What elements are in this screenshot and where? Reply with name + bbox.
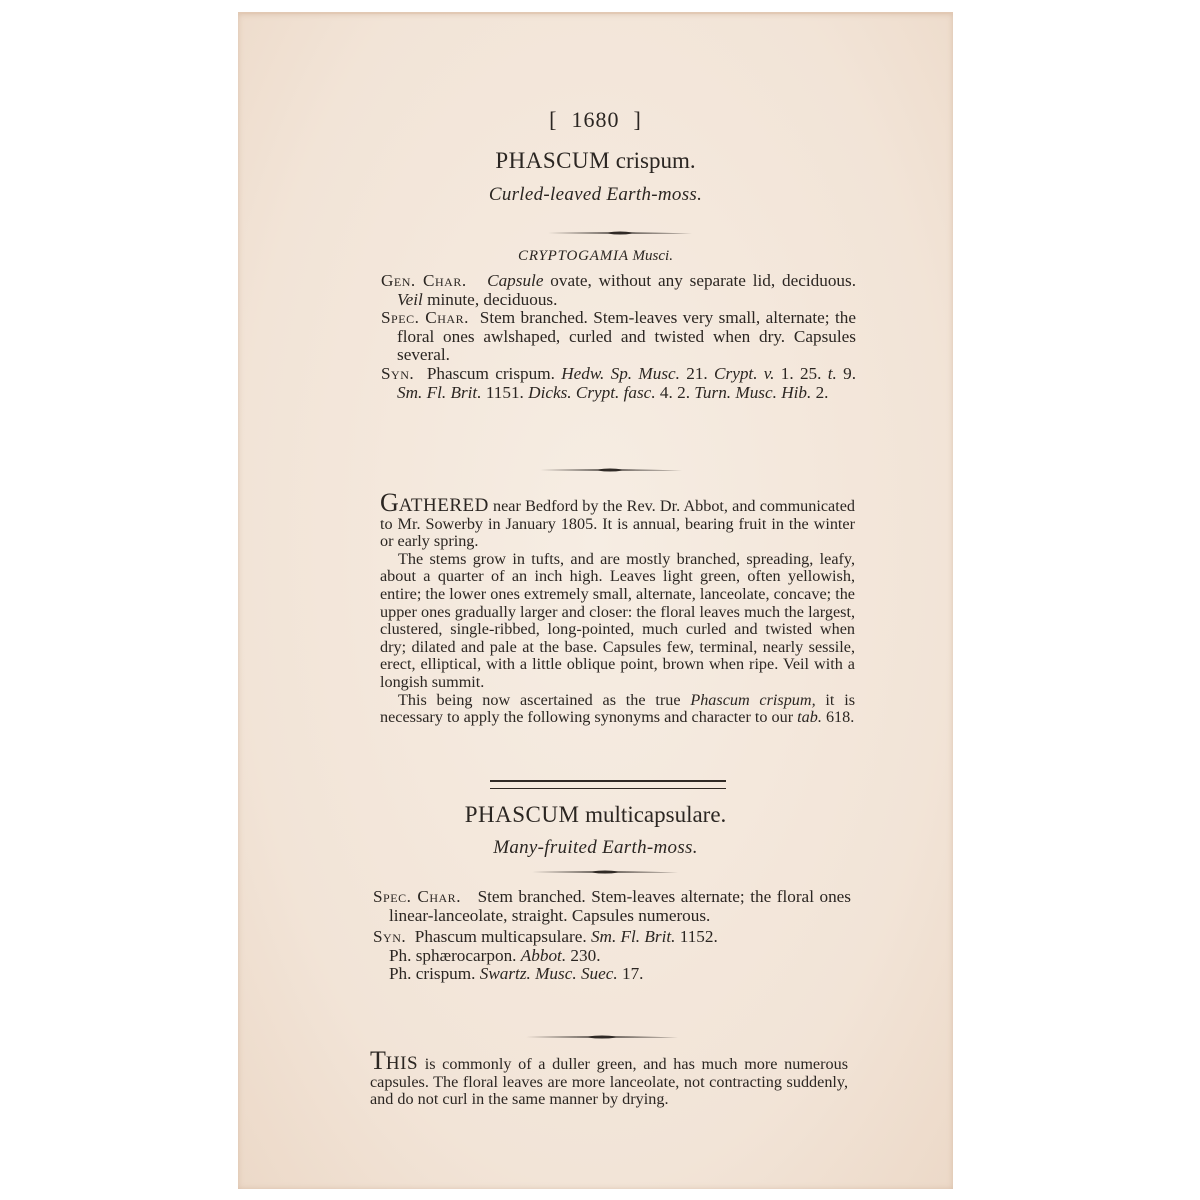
species-italic: Phascum crispum, <box>690 691 815 709</box>
ornament-divider <box>540 467 682 473</box>
syn-ref: Swartz. Musc. Suec. <box>480 964 618 983</box>
synonym-line: Ph. sphærocarpon. Abbot. 230. <box>373 947 851 966</box>
syn-ref: Dicks. Crypt. fasc. <box>528 383 655 402</box>
gen-char-text-2: minute, deciduous. <box>423 290 558 309</box>
generic-character: Gen. Char. Capsule ovate, without any se… <box>381 272 856 309</box>
syn-label: Syn. <box>381 364 414 383</box>
plate-number-value: 1680 <box>572 107 620 132</box>
book-page: [1680] PHASCUM crispum. Curled-leaved Ea… <box>238 12 953 1189</box>
species-name: crispum. <box>616 148 696 173</box>
syn-ref: Turn. Musc. Hib. <box>694 383 811 402</box>
syn-ref-num: 1. 25. <box>774 364 827 383</box>
bracket-close: ] <box>634 107 642 133</box>
description-para-2: The stems grow in tufts, and are mostly … <box>380 551 855 692</box>
syn-ref-num: 1152. <box>675 927 717 946</box>
synonymy: Syn. Phascum multicapsulare. Sm. Fl. Bri… <box>373 928 851 947</box>
spec-char-label: Spec. Char. <box>373 887 461 906</box>
description-1: GATHERED near Bedford by the Rev. Dr. Ab… <box>380 496 855 727</box>
syn-ref: Crypt. v. <box>714 364 774 383</box>
syn-ref-num: 1151. <box>482 383 529 402</box>
syn-ref: Abbot. <box>521 946 566 965</box>
description-para-1: GATHERED near Bedford by the Rev. Dr. Ab… <box>380 496 855 551</box>
bracket-open: [ <box>549 107 557 133</box>
synonymy: Syn. Phascum crispum. Hedw. Sp. Musc. 21… <box>381 365 856 402</box>
syn-ref-num: 9. <box>837 364 856 383</box>
syn-ref-num: 2. <box>811 383 828 402</box>
characters-block-1: Gen. Char. Capsule ovate, without any se… <box>381 272 856 402</box>
characters-block-2: Spec. Char. Stem branched. Stem-leaves a… <box>373 888 851 984</box>
synonym-line: Ph. crispum. Swartz. Musc. Suec. 17. <box>373 965 851 984</box>
order-name: Musci. <box>633 248 673 264</box>
specific-character: Spec. Char. Stem branched. Stem-leaves v… <box>381 309 856 365</box>
syn-ref: Hedw. Sp. Musc. <box>561 364 680 383</box>
description-2: THIS is commonly of a duller green, and … <box>370 1054 848 1109</box>
description-para-3: This being now ascertained as the true P… <box>380 692 855 727</box>
classification-line: CRYPTOGAMIA Musci. <box>238 248 953 265</box>
term-capsule: Capsule <box>487 271 543 290</box>
species-name: multicapsulare. <box>585 802 726 827</box>
syn-name: Ph. crispum. <box>389 964 475 983</box>
ornament-divider <box>526 1034 678 1040</box>
genus-name: PHASCUM <box>495 148 610 173</box>
gen-char-label: Gen. Char. <box>381 271 467 290</box>
description-para: THIS is commonly of a duller green, and … <box>370 1054 848 1109</box>
syn-ref-num: 21. <box>680 364 714 383</box>
species-title-2: PHASCUM multicapsulare. <box>238 802 953 828</box>
lead-word: ATHERED <box>399 495 489 516</box>
species-title-1: PHASCUM crispum. <box>238 148 953 174</box>
syn-ref: Sm. Fl. Brit. <box>591 927 676 946</box>
lead-word: HIS <box>386 1053 418 1074</box>
plate-number: [1680] <box>238 107 953 133</box>
gen-char-text-1: ovate, without any separate lid, deciduo… <box>543 271 856 290</box>
syn-ref-num: 4. 2. <box>656 383 695 402</box>
syn-name: Phascum multicapsulare. <box>415 927 587 946</box>
syn-ref-num: 17. <box>618 964 644 983</box>
double-rule-divider <box>490 780 726 789</box>
initial-capital: G <box>380 488 399 517</box>
specific-character: Spec. Char. Stem branched. Stem-leaves a… <box>373 888 851 925</box>
term-veil: Veil <box>397 290 423 309</box>
description-text: This being now ascertained as the true <box>398 691 690 709</box>
class-name: CRYPTOGAMIA <box>518 248 629 264</box>
syn-name: Ph. sphærocarpon. <box>389 946 516 965</box>
genus-name: PHASCUM <box>465 802 580 827</box>
syn-label: Syn. <box>373 927 406 946</box>
ornament-divider <box>548 230 692 236</box>
ornament-divider <box>532 869 678 875</box>
spec-char-label: Spec. Char. <box>381 308 469 327</box>
common-name-2: Many-fruited Earth-moss. <box>238 837 953 859</box>
tab-ref: tab. <box>797 708 822 726</box>
initial-capital: T <box>370 1046 386 1075</box>
syn-name: Phascum crispum. <box>427 364 555 383</box>
syn-ref-num: 230. <box>566 946 600 965</box>
tab-number: 618. <box>822 708 854 726</box>
common-name-1: Curled-leaved Earth-moss. <box>238 184 953 206</box>
description-text: is commonly of a duller green, and has m… <box>370 1055 848 1108</box>
syn-ref: t. <box>828 364 837 383</box>
syn-ref: Sm. Fl. Brit. <box>397 383 482 402</box>
